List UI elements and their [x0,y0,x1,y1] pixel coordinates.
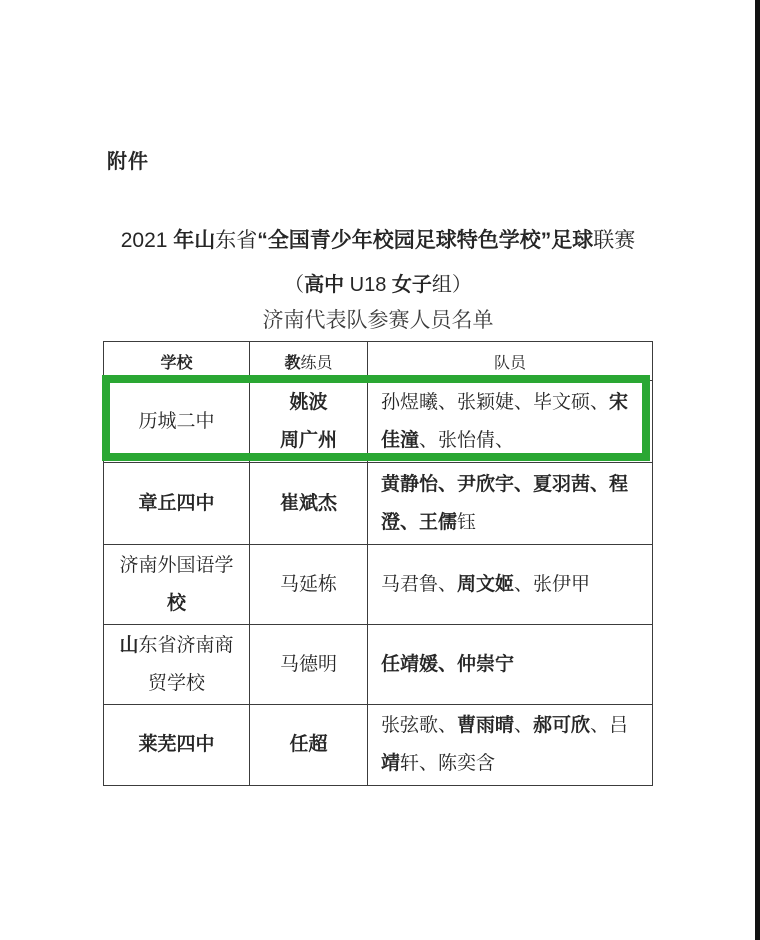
text-segment: 、张伊甲 [514,574,590,595]
text-segment: 东省 [215,229,257,252]
text-segment: 莱芜四中 [138,734,214,755]
text-segment: 任靖媛、仲崇宁 [381,654,514,675]
coach-cell: 任超 [250,705,368,786]
text-segment: U18 [344,274,392,296]
table-row: 山东省济南商贸学校马德明任靖媛、仲崇宁 [104,625,653,705]
text-segment: 孙煜曦、张颖婕、毕文硕、 [381,392,609,413]
coach-cell: 马德明 [250,625,368,705]
coach-line: 马延栋 [254,566,363,604]
school-cell: 山东省济南商贸学校 [104,625,250,705]
players-cell: 黄静怡、尹欣宇、夏羽茜、程澄、王儒钰 [368,463,653,545]
coach-line: 任超 [254,726,363,764]
text-segment: 贸学校 [148,673,205,694]
text-segment: 组） [432,274,472,296]
school-cell: 章丘四中 [104,463,250,545]
text-segment: 教 [284,355,300,372]
document-subtitle: 济南代表队参赛人员名单 [0,304,756,334]
coach-line: 周广州 [254,422,363,460]
roster-table: 学校 教练员 队员 历城二中姚波周广州孙煜曦、张颖婕、毕文硕、宋佳潼、张怡倩、章… [103,341,653,786]
text-segment: 钰 [457,512,476,533]
roster-table-header: 学校 教练员 队员 [104,342,653,381]
text-segment: 章丘四中 [138,493,214,514]
coach-cell: 姚波周广州 [250,381,368,463]
text-segment: 高中 [304,274,344,296]
text-segment: 、 [514,715,533,736]
text-segment: 东省济南商 [139,635,234,656]
coach-cell: 马延栋 [250,545,368,625]
text-segment: 周广州 [280,430,337,451]
text-segment: 任超 [289,734,327,755]
table-row: 章丘四中崔斌杰黄静怡、尹欣宇、夏羽茜、程澄、王儒钰 [104,463,653,545]
text-segment: 济南外国语学 [119,555,233,576]
text-segment: 联赛 [593,229,635,252]
text-segment: 周文姬 [457,574,514,595]
text-segment: （ [284,274,304,296]
text-segment: 学校 [160,355,192,372]
text-segment: 靖 [381,753,400,774]
school-cell: 济南外国语学校 [104,545,250,625]
coach-line: 马德明 [254,646,363,684]
text-segment: 年山 [173,229,215,252]
text-segment: 练员 [301,355,333,372]
text-segment: 、吕 [590,715,628,736]
text-segment: 轩、陈奕含 [400,753,495,774]
text-segment: 马德明 [280,654,337,675]
text-segment: 马延栋 [280,574,337,595]
players-cell: 孙煜曦、张颖婕、毕文硕、宋佳潼、张怡倩、 [368,381,653,463]
header-row: 学校 教练员 队员 [104,342,653,381]
school-cell: 莱芜四中 [104,705,250,786]
table-row: 济南外国语学校马延栋马君鲁、周文姬、张伊甲 [104,545,653,625]
table-row: 莱芜四中任超张弦歌、曹雨晴、郝可欣、吕靖轩、陈奕含 [104,705,653,786]
text-segment: 崔斌杰 [280,493,337,514]
school-cell: 历城二中 [104,381,250,463]
header-coach: 教练员 [250,342,368,381]
text-segment: 女子 [392,274,432,296]
text-segment: 山 [119,635,138,656]
text-segment: 姚波 [289,392,327,413]
text-segment: 队员 [494,355,526,372]
text-segment: 曹雨晴 [457,715,514,736]
coach-cell: 崔斌杰 [250,463,368,545]
table-row-highlighted: 历城二中姚波周广州孙煜曦、张颖婕、毕文硕、宋佳潼、张怡倩、 [104,381,653,463]
coach-line: 姚波 [254,384,363,422]
text-segment: 历城二中 [138,411,214,432]
text-segment: 、张怡倩、 [419,430,514,451]
text-segment: 张弦歌、 [381,715,457,736]
text-segment: “全国青少年校园足球特色学校”足球 [257,229,593,252]
players-cell: 马君鲁、周文姬、张伊甲 [368,545,653,625]
players-cell: 张弦歌、曹雨晴、郝可欣、吕靖轩、陈奕含 [368,705,653,786]
header-school: 学校 [104,342,250,381]
text-segment: 2021 [121,229,174,252]
players-cell: 任靖媛、仲崇宁 [368,625,653,705]
coach-line: 崔斌杰 [254,485,363,523]
header-players: 队员 [368,342,653,381]
roster-table-body: 历城二中姚波周广州孙煜曦、张颖婕、毕文硕、宋佳潼、张怡倩、章丘四中崔斌杰黄静怡、… [104,381,653,786]
attachment-label: 附件 [107,145,149,174]
text-segment: 马君鲁、 [381,574,457,595]
text-segment: 黄静怡、尹欣宇、夏羽茜、程澄、王儒 [381,474,628,533]
document-title-line2: （高中 U18 女子组） [0,268,756,297]
document-title-line1: 2021 年山东省“全国青少年校园足球特色学校”足球联赛 [0,224,756,254]
text-segment: 校 [167,593,186,614]
page-edge-strip [755,0,760,940]
text-segment: 郝可欣 [533,715,590,736]
